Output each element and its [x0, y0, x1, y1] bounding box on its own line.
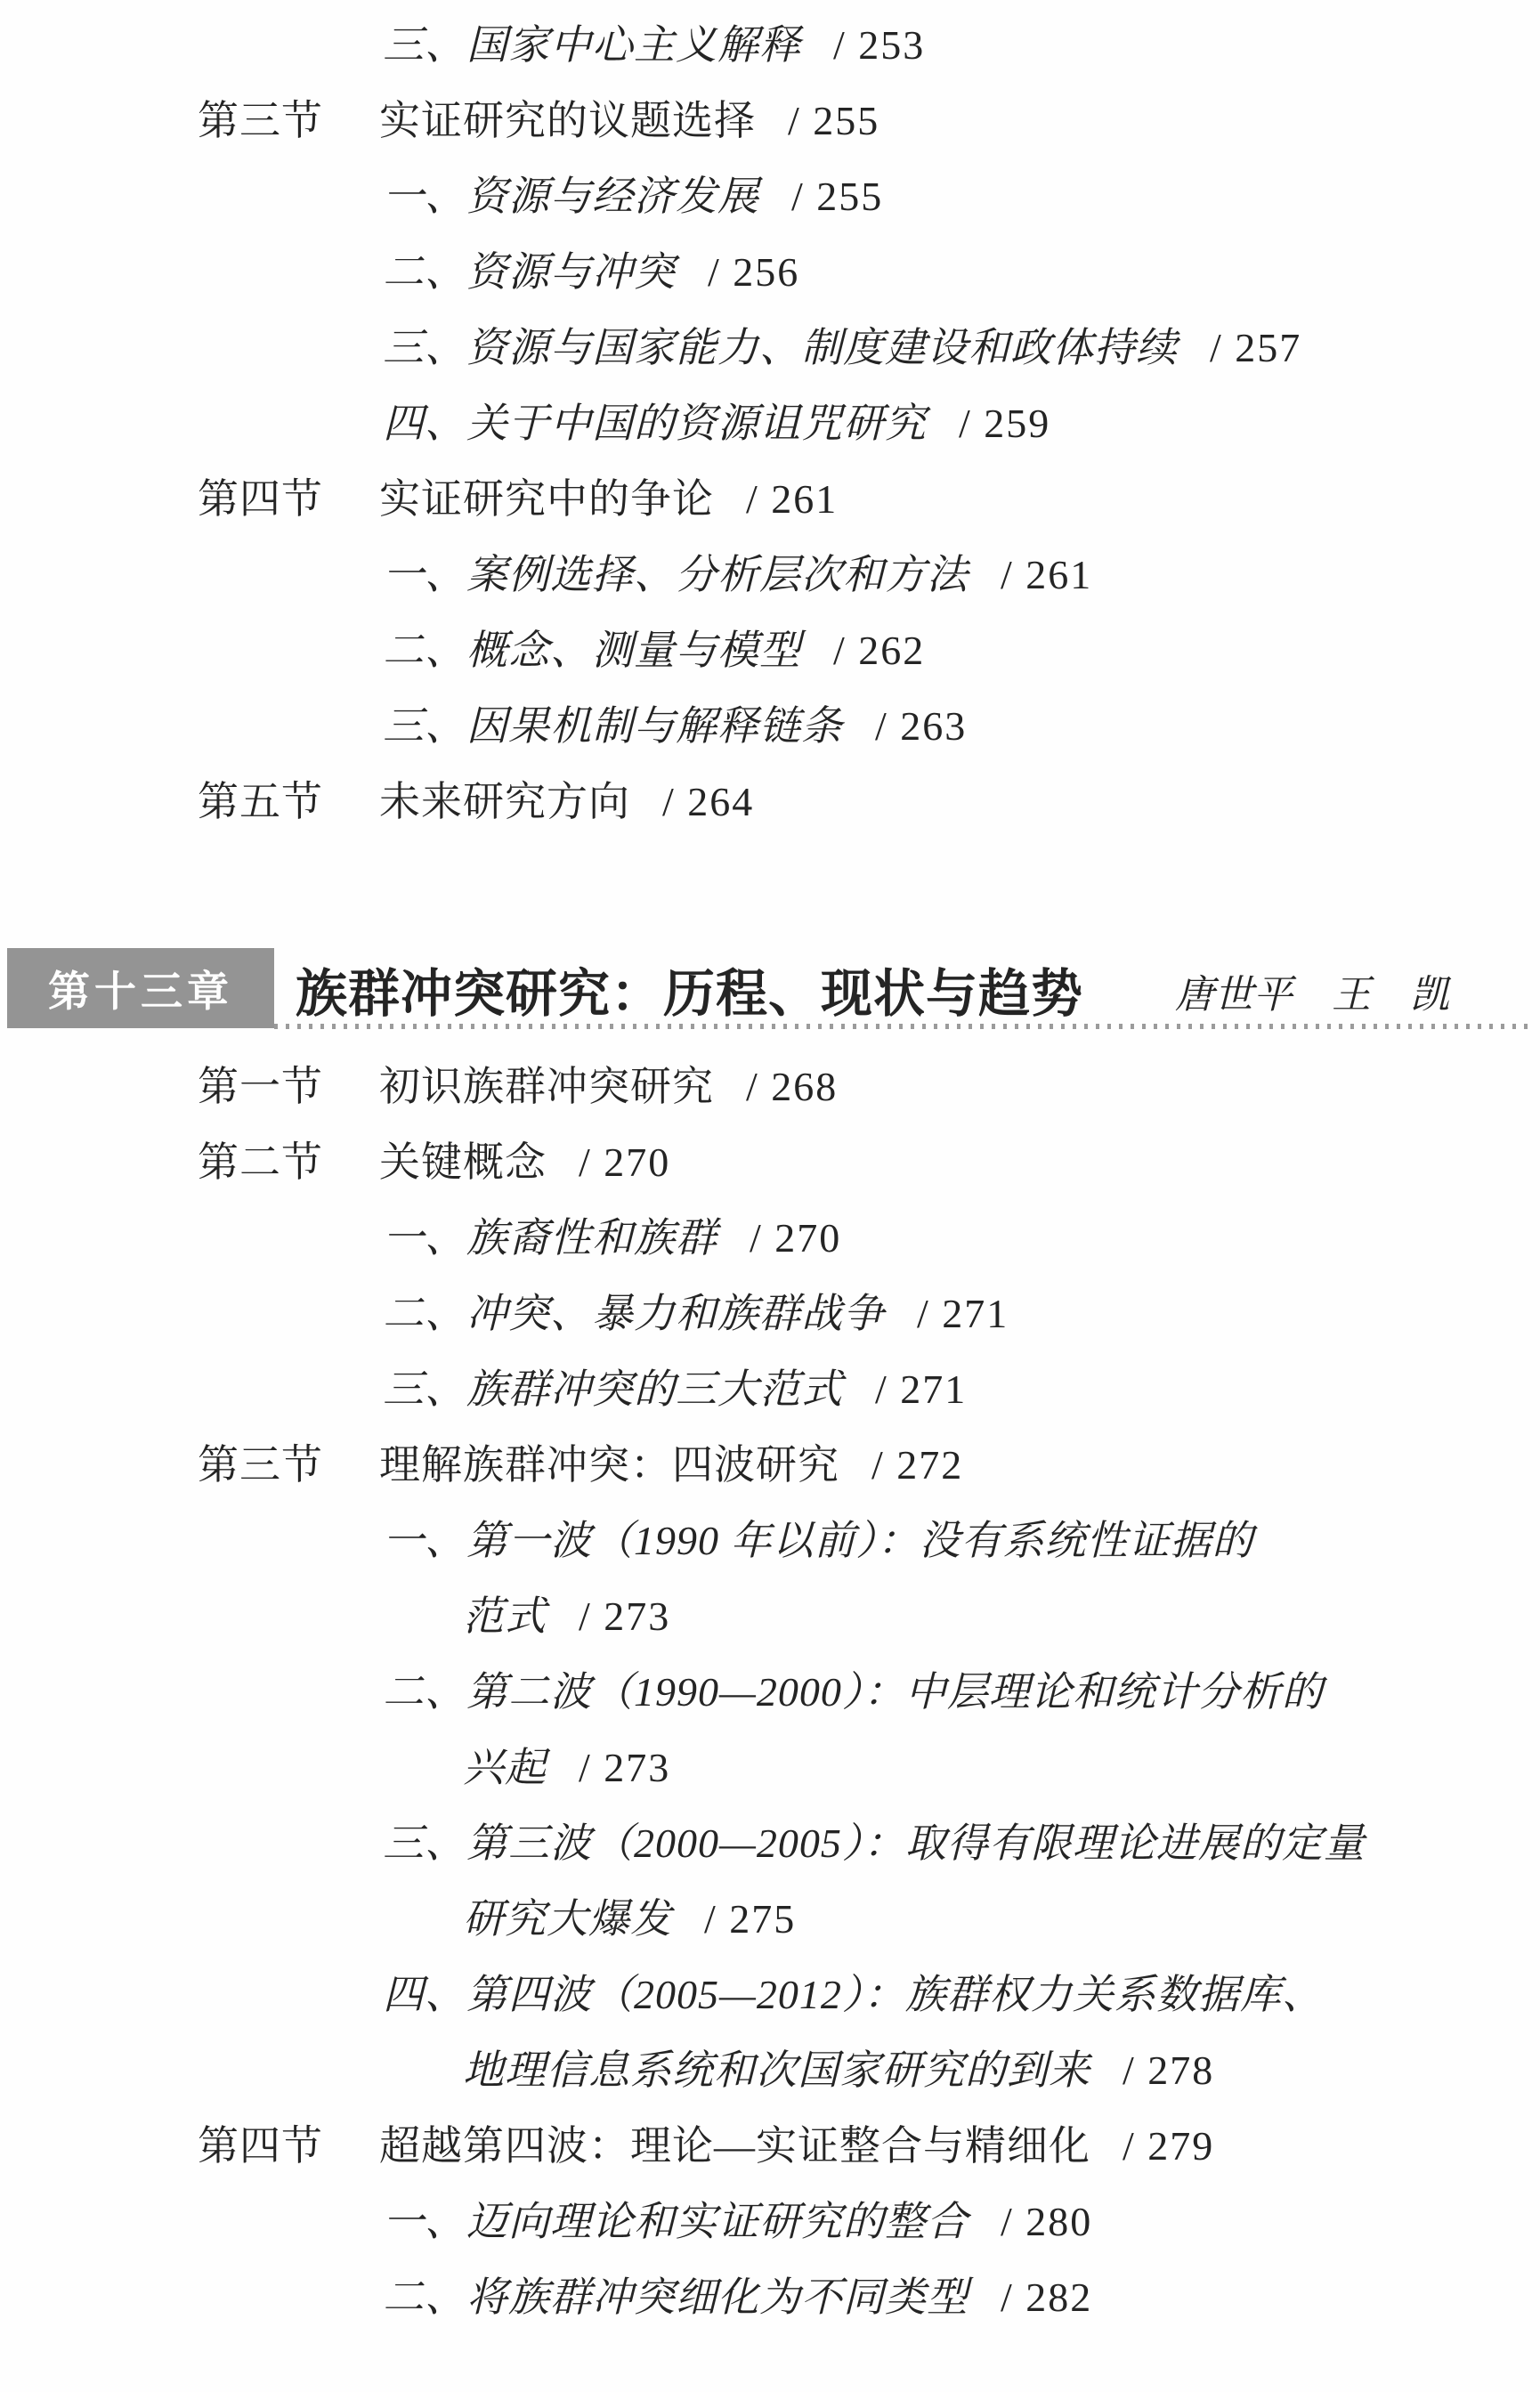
toc-entry-page: / 270	[579, 1139, 670, 1185]
toc-entry-title: 一、资源与经济发展	[383, 174, 759, 219]
toc-entry-title: 一、族裔性和族群	[383, 1215, 717, 1261]
toc-entry-page: / 261	[1001, 552, 1092, 597]
toc-entry-title: 关键概念	[379, 1139, 547, 1185]
toc-entry-title: 四、关于中国的资源诅咒研究	[383, 401, 927, 446]
toc-entry-page: / 272	[871, 1442, 963, 1488]
toc-entry-section-label: 第五节	[198, 764, 379, 839]
toc-entry-title: 四、第四波（2005—2012）：族群权力关系数据库、	[383, 1972, 1324, 2017]
toc-entry: 三、因果机制与解释链条/ 263	[0, 688, 1540, 764]
toc-entry: 三、资源与国家能力、制度建设和政体持续/ 257	[0, 310, 1540, 385]
toc-entry-title: 一、第一波（1990 年以前）：没有系统性证据的	[383, 1518, 1254, 1563]
toc-section-top: 三、国家中心主义解释/ 253第三节实证研究的议题选择/ 255一、资源与经济发…	[0, 0, 1540, 839]
toc-entry-title: 兴起	[463, 1745, 547, 1790]
toc-entry-section-label: 第一节	[198, 1049, 379, 1124]
toc-entry: 一、案例选择、分析层次和方法/ 261	[0, 537, 1540, 612]
toc-entry-title: 地理信息系统和次国家研究的到来	[463, 2047, 1090, 2093]
chapter-authors: 唐世平 王 凯	[1175, 962, 1449, 1019]
toc-section-bottom: 第一节初识族群冲突研究/ 268第二节关键概念/ 270一、族裔性和族群/ 27…	[0, 1049, 1540, 2335]
toc-entry-page: / 253	[833, 22, 925, 68]
toc-entry: 一、族裔性和族群/ 270	[0, 1200, 1540, 1276]
toc-entry-page: / 279	[1123, 2123, 1214, 2169]
toc-entry-page: / 268	[746, 1064, 838, 1109]
toc-entry-page: / 259	[959, 401, 1050, 446]
toc-entry-title: 一、迈向理论和实证研究的整合	[383, 2199, 969, 2244]
toc-entry: 第二节关键概念/ 270	[0, 1124, 1540, 1200]
toc-entry-title: 三、资源与国家能力、制度建设和政体持续	[383, 325, 1178, 370]
toc-entry: 四、关于中国的资源诅咒研究/ 259	[0, 385, 1540, 461]
toc-entry: 一、资源与经济发展/ 255	[0, 158, 1540, 234]
toc-entry-page: / 256	[708, 249, 799, 295]
toc-entry-page: / 257	[1210, 325, 1301, 370]
toc-entry-title: 二、第二波（1990—2000）：中层理论和统计分析的	[383, 1669, 1324, 1715]
toc-entry: 第三节理解族群冲突：四波研究/ 272	[0, 1427, 1540, 1503]
toc-entry-section-label: 第三节	[198, 83, 379, 158]
toc-entry-page: / 273	[579, 1593, 670, 1639]
toc-entry-page: / 280	[1001, 2199, 1092, 2244]
toc-entry: 二、冲突、暴力和族群战争/ 271	[0, 1276, 1540, 1351]
toc-entry: 研究大爆发/ 275	[0, 1881, 1540, 1957]
toc-entry-title: 三、国家中心主义解释	[383, 22, 801, 68]
toc-entry-title: 三、族群冲突的三大范式	[383, 1366, 843, 1412]
toc-entry-page: / 282	[1001, 2274, 1092, 2320]
document-page: 三、国家中心主义解释/ 253第三节实证研究的议题选择/ 255一、资源与经济发…	[0, 0, 1540, 2392]
toc-entry: 地理信息系统和次国家研究的到来/ 278	[0, 2032, 1540, 2108]
toc-entry-page: / 255	[788, 98, 879, 143]
toc-entry-title: 三、因果机制与解释链条	[383, 703, 843, 749]
toc-entry-section-label: 第四节	[198, 461, 379, 537]
toc-entry-title: 二、冲突、暴力和族群战争	[383, 1291, 885, 1336]
toc-entry: 二、概念、测量与模型/ 262	[0, 612, 1540, 688]
toc-entry-title: 三、第三波（2000—2005）：取得有限理论进展的定量	[383, 1820, 1366, 1866]
toc-entry: 一、第一波（1990 年以前）：没有系统性证据的	[0, 1503, 1540, 1578]
toc-entry: 四、第四波（2005—2012）：族群权力关系数据库、	[0, 1957, 1540, 2032]
toc-entry-title: 实证研究中的争论	[379, 476, 714, 522]
toc-entry: 范式/ 273	[0, 1578, 1540, 1654]
toc-entry: 第四节实证研究中的争论/ 261	[0, 461, 1540, 537]
toc-entry-section-label: 第四节	[198, 2108, 379, 2184]
toc-entry-title: 研究大爆发	[463, 1896, 672, 1942]
toc-entry-title: 一、案例选择、分析层次和方法	[383, 552, 969, 597]
toc-entry: 兴起/ 273	[0, 1730, 1540, 1805]
chapter-heading: 第十三章 族群冲突研究：历程、现状与趋势 唐世平 王 凯	[0, 948, 1540, 1028]
toc-entry-section-label: 第二节	[198, 1124, 379, 1200]
toc-entry-page: / 263	[875, 703, 967, 749]
toc-entry: 一、迈向理论和实证研究的整合/ 280	[0, 2184, 1540, 2259]
toc-entry-title: 二、将族群冲突细化为不同类型	[383, 2274, 969, 2320]
toc-entry-section-label: 第三节	[198, 1427, 379, 1503]
toc-entry: 第四节超越第四波：理论—实证整合与精细化/ 279	[0, 2108, 1540, 2184]
toc-entry: 二、第二波（1990—2000）：中层理论和统计分析的	[0, 1654, 1540, 1730]
chapter-number-box: 第十三章	[7, 948, 274, 1028]
toc-entry-title: 实证研究的议题选择	[379, 98, 756, 143]
toc-entry-page: / 278	[1123, 2047, 1214, 2093]
toc-entry-title: 二、资源与冲突	[383, 249, 676, 295]
toc-entry-title: 二、概念、测量与模型	[383, 628, 801, 673]
toc-entry: 第五节未来研究方向/ 264	[0, 764, 1540, 839]
toc-entry-page: / 271	[917, 1291, 1009, 1336]
toc-entry: 三、国家中心主义解释/ 253	[0, 7, 1540, 83]
toc-entry: 二、将族群冲突细化为不同类型/ 282	[0, 2259, 1540, 2335]
toc-entry: 第一节初识族群冲突研究/ 268	[0, 1049, 1540, 1124]
toc-entry-page: / 273	[579, 1745, 670, 1790]
toc-entry: 二、资源与冲突/ 256	[0, 234, 1540, 310]
chapter-number-label: 第十三章	[48, 959, 233, 1018]
toc-entry-page: / 261	[746, 476, 838, 522]
toc-entry-title: 初识族群冲突研究	[379, 1064, 714, 1109]
chapter-title: 族群冲突研究：历程、现状与趋势	[296, 952, 1083, 1026]
dotted-leader-line	[274, 1024, 1533, 1029]
toc-entry: 第三节实证研究的议题选择/ 255	[0, 83, 1540, 158]
toc-entry-page: / 262	[833, 628, 925, 673]
toc-entry: 三、第三波（2000—2005）：取得有限理论进展的定量	[0, 1805, 1540, 1881]
toc-entry-title: 未来研究方向	[379, 779, 630, 824]
toc-entry-title: 范式	[463, 1593, 547, 1639]
toc-entry-page: / 264	[662, 779, 754, 824]
toc-entry-page: / 270	[750, 1215, 841, 1261]
toc-entry-page: / 271	[875, 1366, 967, 1412]
toc-entry-page: / 275	[704, 1896, 796, 1942]
toc-entry-page: / 255	[791, 174, 883, 219]
toc-entry: 三、族群冲突的三大范式/ 271	[0, 1351, 1540, 1427]
toc-entry-title: 理解族群冲突：四波研究	[379, 1442, 839, 1488]
toc-entry-title: 超越第四波：理论—实证整合与精细化	[379, 2123, 1090, 2169]
